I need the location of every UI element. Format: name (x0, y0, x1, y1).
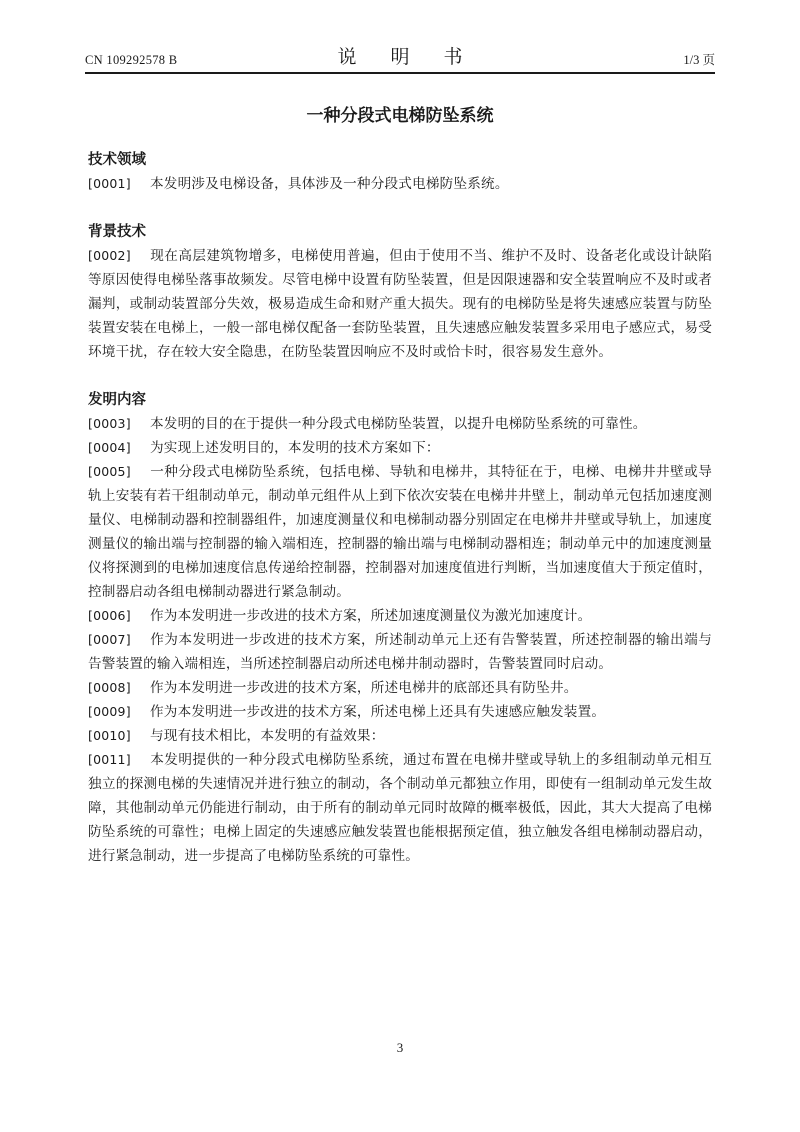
paragraph-text: 为实现上述发明目的，本发明的技术方案如下： (150, 440, 440, 456)
paragraph-text: 作为本发明进一步改进的技术方案，所述加速度测量仪为激光加速度计。 (150, 608, 591, 624)
paragraph-number: [0007] (88, 628, 150, 652)
document-title: 一种分段式电梯防坠系统 (0, 101, 800, 126)
document-type: 说 明 书 (85, 42, 715, 69)
paragraph-number: [0002] (88, 244, 150, 268)
paragraph-number: [0011] (88, 748, 150, 772)
page-header: CN 109292578 B 说 明 书 1/3 页 (85, 44, 715, 74)
section-technical-field: 技术领域 [0001]本发明涉及电梯设备，具体涉及一种分段式电梯防坠系统。 (88, 148, 712, 196)
paragraph-number: [0004] (88, 436, 150, 460)
paragraph-text: 现在高层建筑物增多，电梯使用普遍，但由于使用不当、维护不及时、设备老化或设计缺陷… (88, 248, 712, 360)
section-background: 背景技术 [0002]现在高层建筑物增多，电梯使用普遍，但由于使用不当、维护不及… (88, 220, 712, 364)
paragraph-number: [0008] (88, 676, 150, 700)
paragraph-text: 本发明提供的一种分段式电梯防坠系统，通过布置在电梯井壁或导轨上的多组制动单元相互… (88, 752, 712, 864)
paragraph: [0008]作为本发明进一步改进的技术方案，所述电梯井的底部还具有防坠井。 (88, 676, 712, 700)
section-heading: 技术领域 (88, 148, 712, 172)
paragraph: [0003]本发明的目的在于提供一种分段式电梯防坠装置，以提升电梯防坠系统的可靠… (88, 412, 712, 436)
paragraph-number: [0010] (88, 724, 150, 748)
paragraph-text: 作为本发明进一步改进的技术方案，所述电梯井的底部还具有防坠井。 (150, 680, 578, 696)
paragraph-number: [0001] (88, 172, 150, 196)
paragraph-number: [0006] (88, 604, 150, 628)
paragraph: [0001]本发明涉及电梯设备，具体涉及一种分段式电梯防坠系统。 (88, 172, 712, 196)
paragraph: [0005]一种分段式电梯防坠系统，包括电梯、导轨和电梯井，其特征在于，电梯、电… (88, 460, 712, 604)
paragraph: [0006]作为本发明进一步改进的技术方案，所述加速度测量仪为激光加速度计。 (88, 604, 712, 628)
page-number: 3 (0, 1040, 800, 1056)
paragraph: [0010]与现有技术相比，本发明的有益效果： (88, 724, 712, 748)
paragraph: [0011]本发明提供的一种分段式电梯防坠系统，通过布置在电梯井壁或导轨上的多组… (88, 748, 712, 868)
section-heading: 发明内容 (88, 388, 712, 412)
paragraph-number: [0005] (88, 460, 150, 484)
page-indicator: 1/3 页 (683, 50, 715, 68)
paragraph: [0002]现在高层建筑物增多，电梯使用普遍，但由于使用不当、维护不及时、设备老… (88, 244, 712, 364)
paragraph-text: 本发明涉及电梯设备，具体涉及一种分段式电梯防坠系统。 (150, 176, 509, 192)
paragraph-text: 一种分段式电梯防坠系统，包括电梯、导轨和电梯井，其特征在于，电梯、电梯井井壁或导… (88, 464, 712, 600)
section-heading: 背景技术 (88, 220, 712, 244)
paragraph: [0007]作为本发明进一步改进的技术方案，所述制动单元上还有告警装置，所述控制… (88, 628, 712, 676)
paragraph-text: 本发明的目的在于提供一种分段式电梯防坠装置，以提升电梯防坠系统的可靠性。 (150, 416, 647, 432)
section-summary: 发明内容 [0003]本发明的目的在于提供一种分段式电梯防坠装置，以提升电梯防坠… (88, 388, 712, 868)
paragraph-number: [0009] (88, 700, 150, 724)
document-body: 技术领域 [0001]本发明涉及电梯设备，具体涉及一种分段式电梯防坠系统。 背景… (88, 148, 712, 868)
paragraph-number: [0003] (88, 412, 150, 436)
paragraph-text: 作为本发明进一步改进的技术方案，所述电梯上还具有失速感应触发装置。 (150, 704, 605, 720)
paragraph: [0004]为实现上述发明目的，本发明的技术方案如下： (88, 436, 712, 460)
paragraph: [0009]作为本发明进一步改进的技术方案，所述电梯上还具有失速感应触发装置。 (88, 700, 712, 724)
paragraph-text: 与现有技术相比，本发明的有益效果： (150, 728, 385, 744)
paragraph-text: 作为本发明进一步改进的技术方案，所述制动单元上还有告警装置，所述控制器的输出端与… (88, 632, 712, 672)
